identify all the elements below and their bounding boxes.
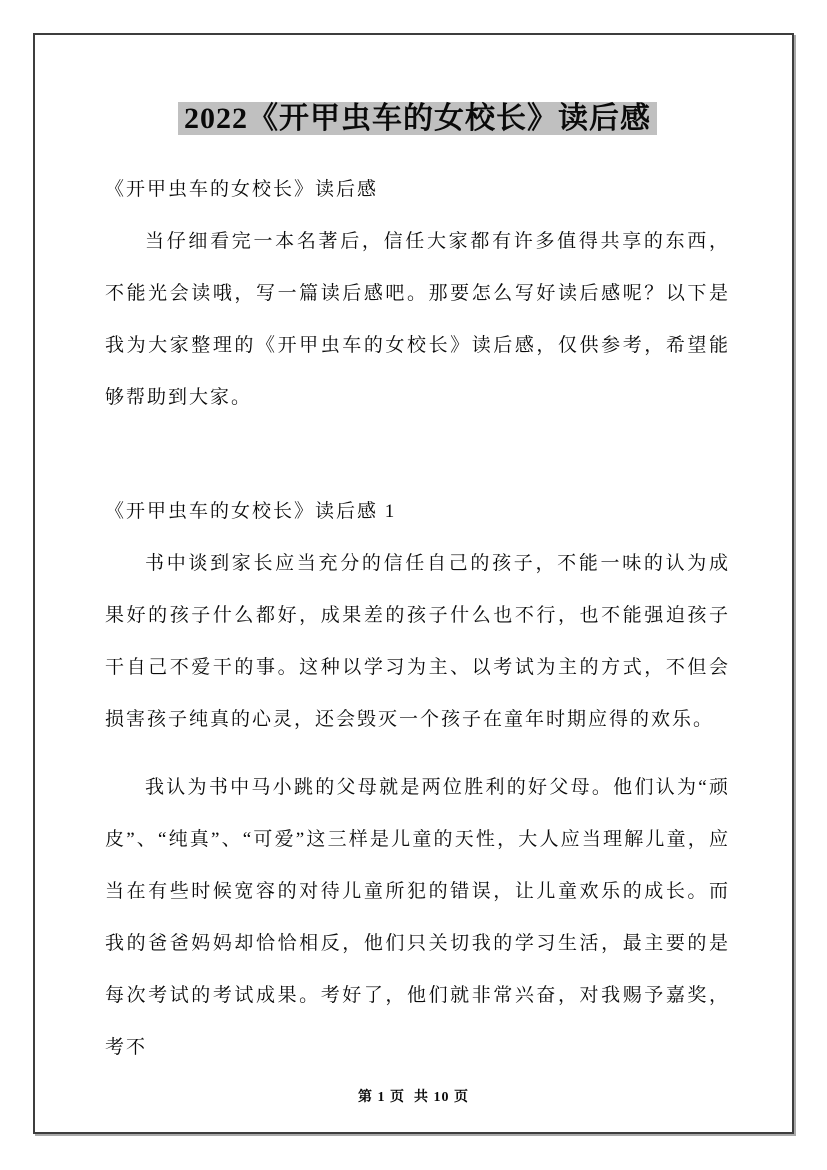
title-highlight: 2022《开甲虫车的女校长》读后感 (178, 102, 657, 135)
page-border: 2022《开甲虫车的女校长》读后感 《开甲虫车的女校长》读后感 当仔细看完一本名… (33, 33, 794, 1134)
page-footer: 第 1 页 共 10 页 (35, 1086, 792, 1106)
document-page: { "doc": { "border_color": "#3d3d3d", "t… (0, 0, 827, 1170)
paragraph-subtitle: 《开甲虫车的女校长》读后感 (105, 164, 730, 216)
blank-line (105, 424, 730, 486)
paragraph-body-1: 书中谈到家长应当充分的信任自己的孩子，不能一味的认为成果好的孩子什么都好，成果差… (105, 538, 730, 746)
paragraph-body-2: 我认为书中马小跳的父母就是两位胜利的好父母。他们认为“顽皮”、“纯真”、“可爱”… (105, 762, 730, 1074)
paragraph-intro: 当仔细看完一本名著后，信任大家都有许多值得共享的东西，不能光会读哦，写一篇读后感… (105, 216, 730, 424)
document-title: 2022《开甲虫车的女校长》读后感 (105, 98, 730, 140)
page-content: 2022《开甲虫车的女校长》读后感 《开甲虫车的女校长》读后感 当仔细看完一本名… (105, 35, 730, 1074)
paragraph-section-heading: 《开甲虫车的女校长》读后感 1 (105, 486, 730, 538)
